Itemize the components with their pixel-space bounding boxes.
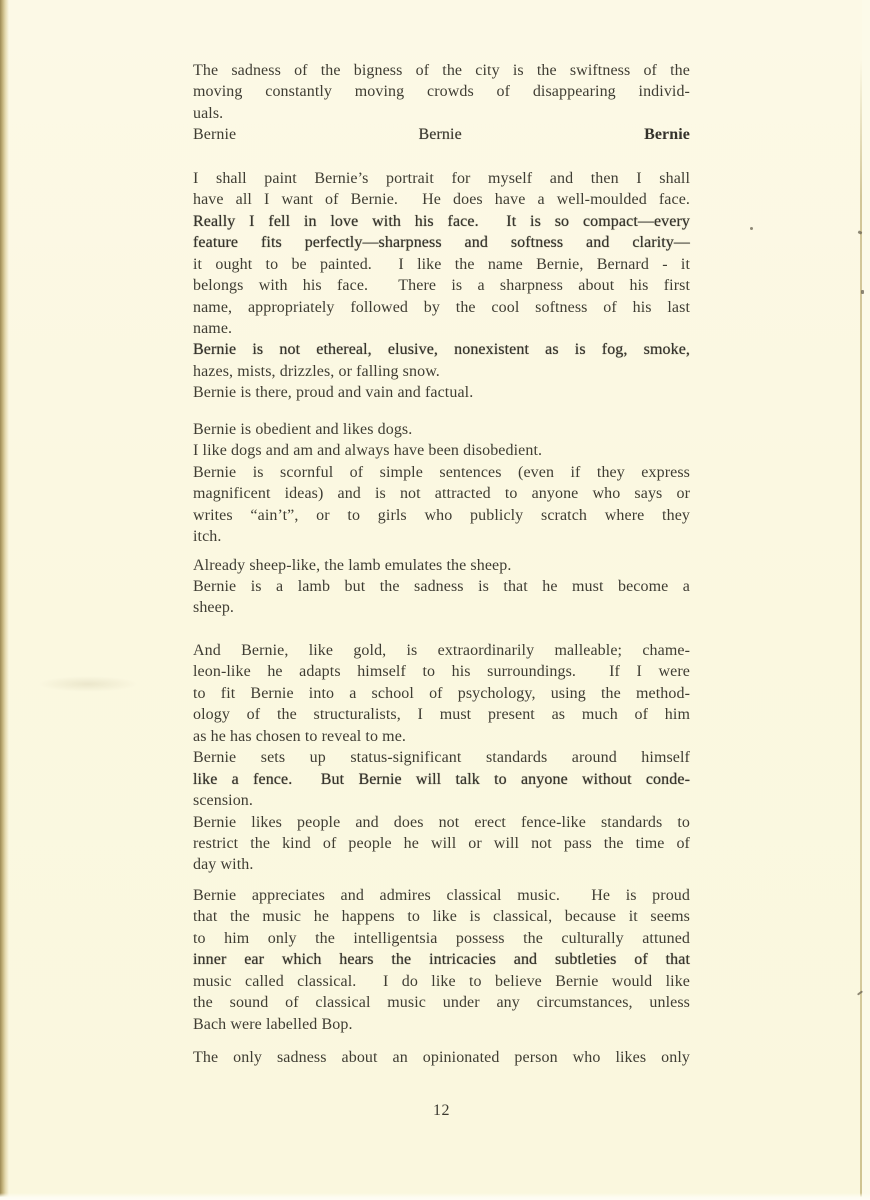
para-classical-music: Bernie appreciates and admires classical… — [193, 885, 690, 1035]
text-line: day with. — [193, 854, 690, 875]
text-line: itch. — [193, 526, 690, 547]
para-sheep: Already sheep-like, the lamb emulates th… — [193, 555, 690, 619]
text-line: name. — [193, 318, 690, 339]
text-line: to him only the intelligentsia possess t… — [193, 928, 690, 949]
text-line: Already sheep-like, the lamb emulates th… — [193, 555, 690, 576]
text-line: inner ear which hears the intricacies an… — [193, 949, 690, 970]
text-line: to fit Bernie into a school of psycholog… — [193, 683, 690, 704]
para-malleable: And Bernie, like gold, is extraordinaril… — [193, 640, 690, 876]
text-line: And Bernie, like gold, is extraordinaril… — [193, 640, 690, 661]
text-line: as he has chosen to reveal to me. — [193, 726, 690, 747]
text-line: that the music he happens to like is cla… — [193, 906, 690, 927]
para-portrait: I shall paint Bernie’s portrait for myse… — [193, 168, 690, 404]
text-line: I shall paint Bernie’s portrait for myse… — [193, 168, 690, 189]
scanned-book-page: The sadness of the bigness of the city i… — [0, 0, 870, 1200]
text-line: Bernie sets up status-significant standa… — [193, 747, 690, 768]
text-line: ology of the structuralists, I must pres… — [193, 704, 690, 725]
text-line: Bach were labelled Bop. — [193, 1014, 690, 1035]
text-line: it ought to be painted. I like the name … — [193, 254, 690, 275]
bernie-row: BernieBernieBernie — [193, 124, 690, 145]
text-line: Bernie appreciates and admires classical… — [193, 885, 690, 906]
para-city-sadness: The sadness of the bigness of the city i… — [193, 60, 690, 124]
para-opinionated: The only sadness about an opinionated pe… — [193, 1047, 690, 1068]
text-line: Bernie is a lamb but the sadness is that… — [193, 576, 690, 597]
scan-smudge — [38, 676, 138, 692]
text-line: scension. — [193, 790, 690, 811]
para-dogs: Bernie is obedient and likes dogs.I like… — [193, 419, 690, 548]
text-line: Bernie is scornful of simple sentences (… — [193, 462, 690, 483]
text-line: feature fits perfectly—sharpness and sof… — [193, 232, 690, 253]
text-line: belongs with his face. There is a sharpn… — [193, 275, 690, 296]
text-line: have all I want of Bernie. He does have … — [193, 189, 690, 210]
text-line: sheep. — [193, 597, 690, 618]
scan-artifact — [750, 227, 753, 230]
text-line: The only sadness about an opinionated pe… — [193, 1047, 690, 1068]
page-left-edge — [0, 0, 9, 1200]
text-line: Bernie is not ethereal, elusive, nonexis… — [193, 339, 690, 360]
text-line: restrict the kind of people he will or w… — [193, 833, 690, 854]
text-line: leon-like he adapts himself to his surro… — [193, 661, 690, 682]
text-line: music called classical. I do like to bel… — [193, 971, 690, 992]
bernie-label: Bernie — [419, 124, 462, 145]
text-line: uals. — [193, 103, 690, 124]
bernie-label: Bernie — [644, 124, 690, 145]
text-line: hazes, mists, drizzles, or falling snow. — [193, 361, 690, 382]
text-line: Bernie is there, proud and vain and fact… — [193, 382, 690, 403]
text-line: the sound of classical music under any c… — [193, 992, 690, 1013]
bernie-label: Bernie — [193, 124, 236, 145]
text-line: Bernie likes people and does not erect f… — [193, 812, 690, 833]
page-bottom-edge — [0, 1193, 870, 1200]
page-right-margin — [862, 0, 870, 1200]
scan-artifact — [861, 290, 864, 294]
text-line: I like dogs and am and always have been … — [193, 440, 690, 461]
text-line: writes “ain’t”, or to girls who publicly… — [193, 505, 690, 526]
text-line: magnificent ideas) and is not attracted … — [193, 483, 690, 504]
text-line: like a fence. But Bernie will talk to an… — [193, 769, 690, 790]
text-line: name, appropriately followed by the cool… — [193, 297, 690, 318]
text-line: Really I fell in love with his face. It … — [193, 211, 690, 232]
text-line: The sadness of the bigness of the city i… — [193, 60, 690, 81]
page-number: 12 — [193, 1102, 690, 1120]
text-column: The sadness of the bigness of the city i… — [193, 60, 690, 1068]
text-line: Bernie is obedient and likes dogs. — [193, 419, 690, 440]
text-line: moving constantly moving crowds of disap… — [193, 81, 690, 102]
